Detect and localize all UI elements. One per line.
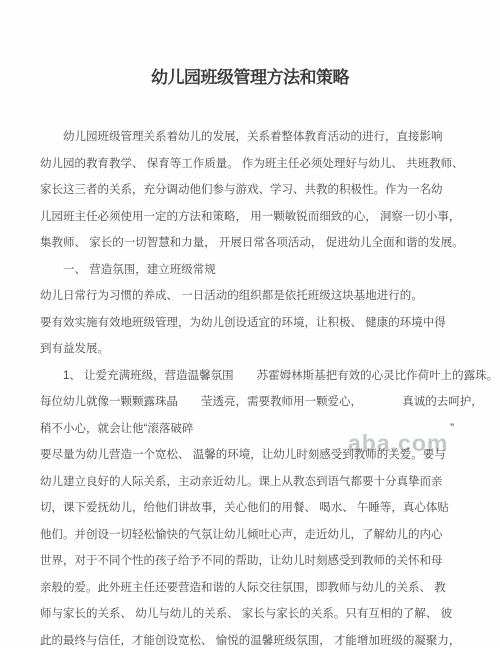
text-line: 亲般的爱。此外班主任还要营造和谐的人际交往氛围，即教师与幼儿的关系、 教 [40,575,462,602]
document-body: 幼儿园班级管理关系着幼儿的发展，关系着整体教育活动的进行，直接影响 幼儿园的教育… [40,124,462,648]
text-line: 世界，对于不同个性的孩子给予不同的帮助，让幼儿时刻感受到教师的关怀和母 [40,548,462,575]
text-line: 要尽量为幼儿营造一个宽松、 温馨的环境，让幼儿时刻感受到教师的关爱。要与 [40,442,462,469]
text-line-left: 稍不小心，就会让他“滚落破碎 [40,416,193,443]
text-line: 切，课下爱抚幼儿，给他们讲故事，关心他们的用餐、 喝水、 午睡等，真心体贴 [40,495,462,522]
text-line: 要有效实施有效地班级管理，为幼儿创设适宜的环境，让积极、 健康的环境中得 [40,310,462,337]
text-line: 师与家长的关系、 幼儿与幼儿的关系、 家长与家长的关系。只有互相的了解、 彼 [40,601,462,628]
text-line: 他们。并创设一切轻松愉快的气氛让幼儿倾吐心声，走近幼儿，了解幼儿的内心 [40,522,462,549]
text-line: 幼儿园的教育教学、 保育等工作质量。 作为班主任必须处理好与幼儿、 共班教师、 [40,151,462,178]
text-line: 到有益发展。 [40,336,462,363]
text-line: 集教师、 家长的一切智慧和力量， 开展日常各项活动， 促进幼儿全面和谐的发展。 [40,230,462,257]
text-line: 幼儿日常行为习惯的养成、 一日活动的组织都是依托班级这块基地进行的。 [40,283,462,310]
text-line: 稍不小心，就会让他“滚落破碎 ” [40,416,462,443]
text-line: 幼儿园班级管理关系着幼儿的发展，关系着整体教育活动的进行，直接影响 [40,124,462,151]
text-line: 儿园班主任必须使用一定的方法和策略， 用一颗敏锐而细致的心， 洞察一切小事， [40,204,462,231]
document-title: 幼儿园班级管理方法和策略 [0,63,500,88]
text-line-heading: 1、 让爱充满班级，营造温馨氛围 苏霍姆林斯基把有效的心灵比作荷叶上的露珠。 [40,363,462,390]
text-line: 家长这三者的关系，充分调动他们参与游戏、学习、共教的积极性。作为一名幼 [40,177,462,204]
closing-quote-mark: ” [450,416,454,443]
text-line: 每位幼儿就像一颗颗露珠晶 莹透亮，需要教师用一颗爱心， 真诚的去呵护， [40,389,462,416]
text-line: 幼儿建立良好的人际关系，主动亲近幼儿。课上从教态到语气都要十分真挚而亲 [40,469,462,496]
text-line-heading: 一、 营造氛围，建立班级常规 [40,257,462,284]
document-page: 幼儿园班级管理方法和策略 aba.com 幼儿园班级管理关系着幼儿的发展，关系着… [0,0,500,648]
text-line: 此的最终与信任，才能创设宽松、 愉悦的温馨班级氛围， 才能增加班级的凝聚力， [40,628,462,648]
